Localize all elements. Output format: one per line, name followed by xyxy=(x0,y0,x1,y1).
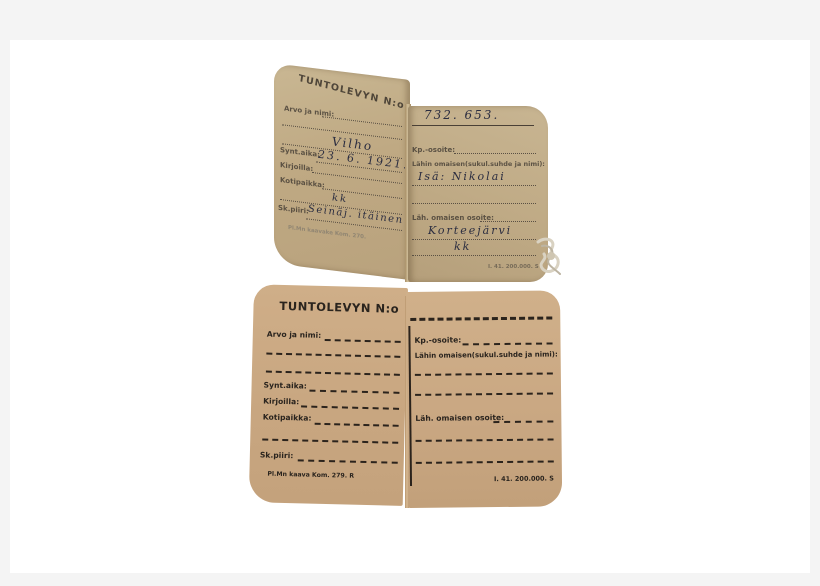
field-label-field-post: Kp.-osoite: xyxy=(412,146,455,154)
field-line xyxy=(266,371,400,376)
field-line xyxy=(415,392,553,395)
blank-card-form-code: Pl.Mn kaava Kom. 279. R xyxy=(267,471,354,480)
field-label-registered: Kirjoilla: xyxy=(280,161,313,173)
field-line xyxy=(266,353,400,358)
field-line xyxy=(416,460,554,463)
field-label-next-of-kin: Lähin omaisen(sukul.suhde ja nimi): xyxy=(415,350,558,359)
field-line xyxy=(415,372,553,375)
page-divider-line xyxy=(408,326,412,486)
field-label-home-town: Kotipaikka: xyxy=(280,176,325,190)
field-line xyxy=(322,116,402,127)
handwritten-district: Seinäj. itäinen xyxy=(308,203,404,226)
field-line xyxy=(301,405,399,409)
aged-card-form-code: Pl.Mn kaavake Kom. 270. xyxy=(288,225,366,241)
blank-card-right-page: Kp.-osoite: Lähin omaisen(sukul.suhde ja… xyxy=(406,290,562,508)
field-label-field-post: Kp.-osoite: xyxy=(414,335,461,344)
field-line xyxy=(493,420,553,423)
aged-card-title: TUNTOLEVYN N:o xyxy=(298,73,406,112)
aged-identity-card: TUNTOLEVYN N:o Arvo ja nimi: Vilho Synt.… xyxy=(272,82,568,282)
handwritten-home-town: kk xyxy=(332,192,348,205)
handwritten-tag-number: 732. 653. xyxy=(424,108,499,122)
field-label-kin-address: Läh. omaisen osoite: xyxy=(415,413,504,423)
field-line xyxy=(416,438,554,441)
blank-card-title: TUNTOLEVYN N:o xyxy=(279,299,399,316)
tag-number-underline xyxy=(412,125,534,126)
field-line xyxy=(412,185,536,186)
field-line xyxy=(412,239,536,240)
field-label-birth-date: Synt.aika: xyxy=(263,381,306,391)
blank-card-print-code: I. 41. 200.000. S xyxy=(494,474,554,483)
field-label-district: Sk.piiri: xyxy=(260,450,294,460)
field-label-district: Sk.piiri: xyxy=(278,204,309,216)
field-line xyxy=(312,172,402,184)
aged-card-print-code: I. 41. 200.000. S xyxy=(488,264,539,270)
field-label-next-of-kin: Lähin omaisen(sukul.suhde ja nimi): xyxy=(412,160,545,168)
aged-card-right-page: 732. 653. Kp.-osoite: Lähin omaisen(suku… xyxy=(408,106,548,282)
field-label-registered: Kirjoilla: xyxy=(263,396,299,406)
field-line xyxy=(315,423,399,427)
handwritten-next-of-kin: Isä: Nikolai xyxy=(418,170,506,183)
handwritten-kin-municipality: kk xyxy=(454,240,471,253)
field-line xyxy=(480,221,536,222)
string-tie-icon xyxy=(534,234,564,278)
blank-identity-card: TUNTOLEVYN N:o Arvo ja nimi: Synt.aika: … xyxy=(254,288,562,510)
field-line xyxy=(412,203,536,204)
field-line xyxy=(298,459,398,463)
blank-card-left-page: TUNTOLEVYN N:o Arvo ja nimi: Synt.aika: … xyxy=(249,284,408,506)
field-line xyxy=(309,390,399,394)
field-line xyxy=(454,153,536,154)
field-line xyxy=(412,255,536,256)
field-line xyxy=(262,438,398,443)
tag-number-line xyxy=(410,316,552,320)
field-label-home-town: Kotipaikka: xyxy=(263,412,312,422)
field-label-rank-name: Arvo ja nimi: xyxy=(267,330,322,340)
aged-card-left-page: TUNTOLEVYN N:o Arvo ja nimi: Vilho Synt.… xyxy=(274,63,410,280)
field-line xyxy=(325,339,401,343)
field-line xyxy=(463,342,553,345)
handwritten-kin-address: Korteejärvi xyxy=(428,224,512,237)
